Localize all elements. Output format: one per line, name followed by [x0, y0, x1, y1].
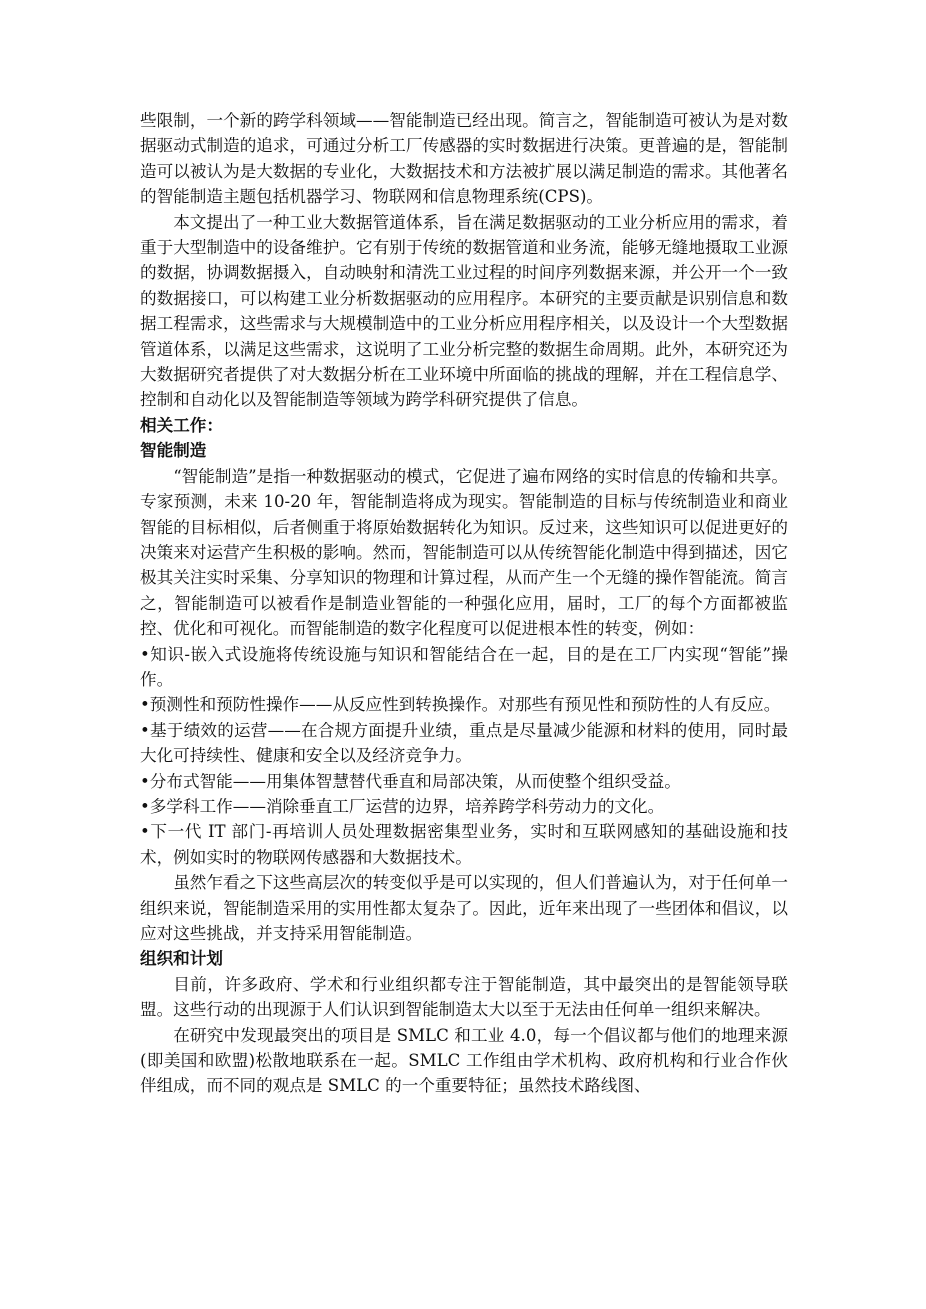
bullet-item-predictive-operations: •预测性和预防性操作——从反应性到转换操作。对那些有预见性和预防性的人有反应。 [140, 692, 788, 717]
proposal-paragraph: 本文提出了一种工业大数据管道体系，旨在满足数据驱动的工业分析应用的需求，着重于大… [140, 210, 788, 413]
subsection-heading-organizations: 组织和计划 [140, 946, 788, 971]
document-page: 些限制，一个新的跨学科领域——智能制造已经出现。简言之，智能制造可被认为是对数据… [140, 108, 788, 1099]
smart-manufacturing-paragraph: “智能制造”是指一种数据驱动的模式，它促进了遍布网络的实时信息的传输和共享。专家… [140, 464, 788, 642]
bullet-item-performance-operations: •基于绩效的运营——在合规方面提升业绩，重点是尽量减少能源和材料的使用，同时最大… [140, 718, 788, 769]
bullet-item-next-gen-it: •下一代 IT 部门-再培训人员处理数据密集型业务，实时和互联网感知的基础设施和… [140, 819, 788, 870]
organizations-paragraph: 目前，许多政府、学术和行业组织都专注于智能制造，其中最突出的是智能领导联盟。这些… [140, 972, 788, 1023]
subsection-heading-smart-manufacturing: 智能制造 [140, 438, 788, 463]
bullet-item-distributed-intelligence: •分布式智能——用集体智慧替代垂直和局部决策，从而使整个组织受益。 [140, 769, 788, 794]
bullet-item-multidisciplinary-work: •多学科工作——消除垂直工厂运营的边界，培养跨学科劳动力的文化。 [140, 794, 788, 819]
intro-paragraph-continued: 些限制，一个新的跨学科领域——智能制造已经出现。简言之，智能制造可被认为是对数据… [140, 108, 788, 210]
bullet-item-knowledge-embedded: •知识-嵌入式设施将传统设施与知识和智能结合在一起，目的是在工厂内实现“智能”操… [140, 642, 788, 693]
section-heading-related-work: 相关工作： [140, 413, 788, 438]
complexity-paragraph: 虽然乍看之下这些高层次的转变似乎是可以实现的，但人们普遍认为，对于任何单一组织来… [140, 870, 788, 946]
smlc-paragraph: 在研究中发现最突出的项目是 SMLC 和工业 4.0，每一个倡议都与他们的地理来… [140, 1023, 788, 1099]
